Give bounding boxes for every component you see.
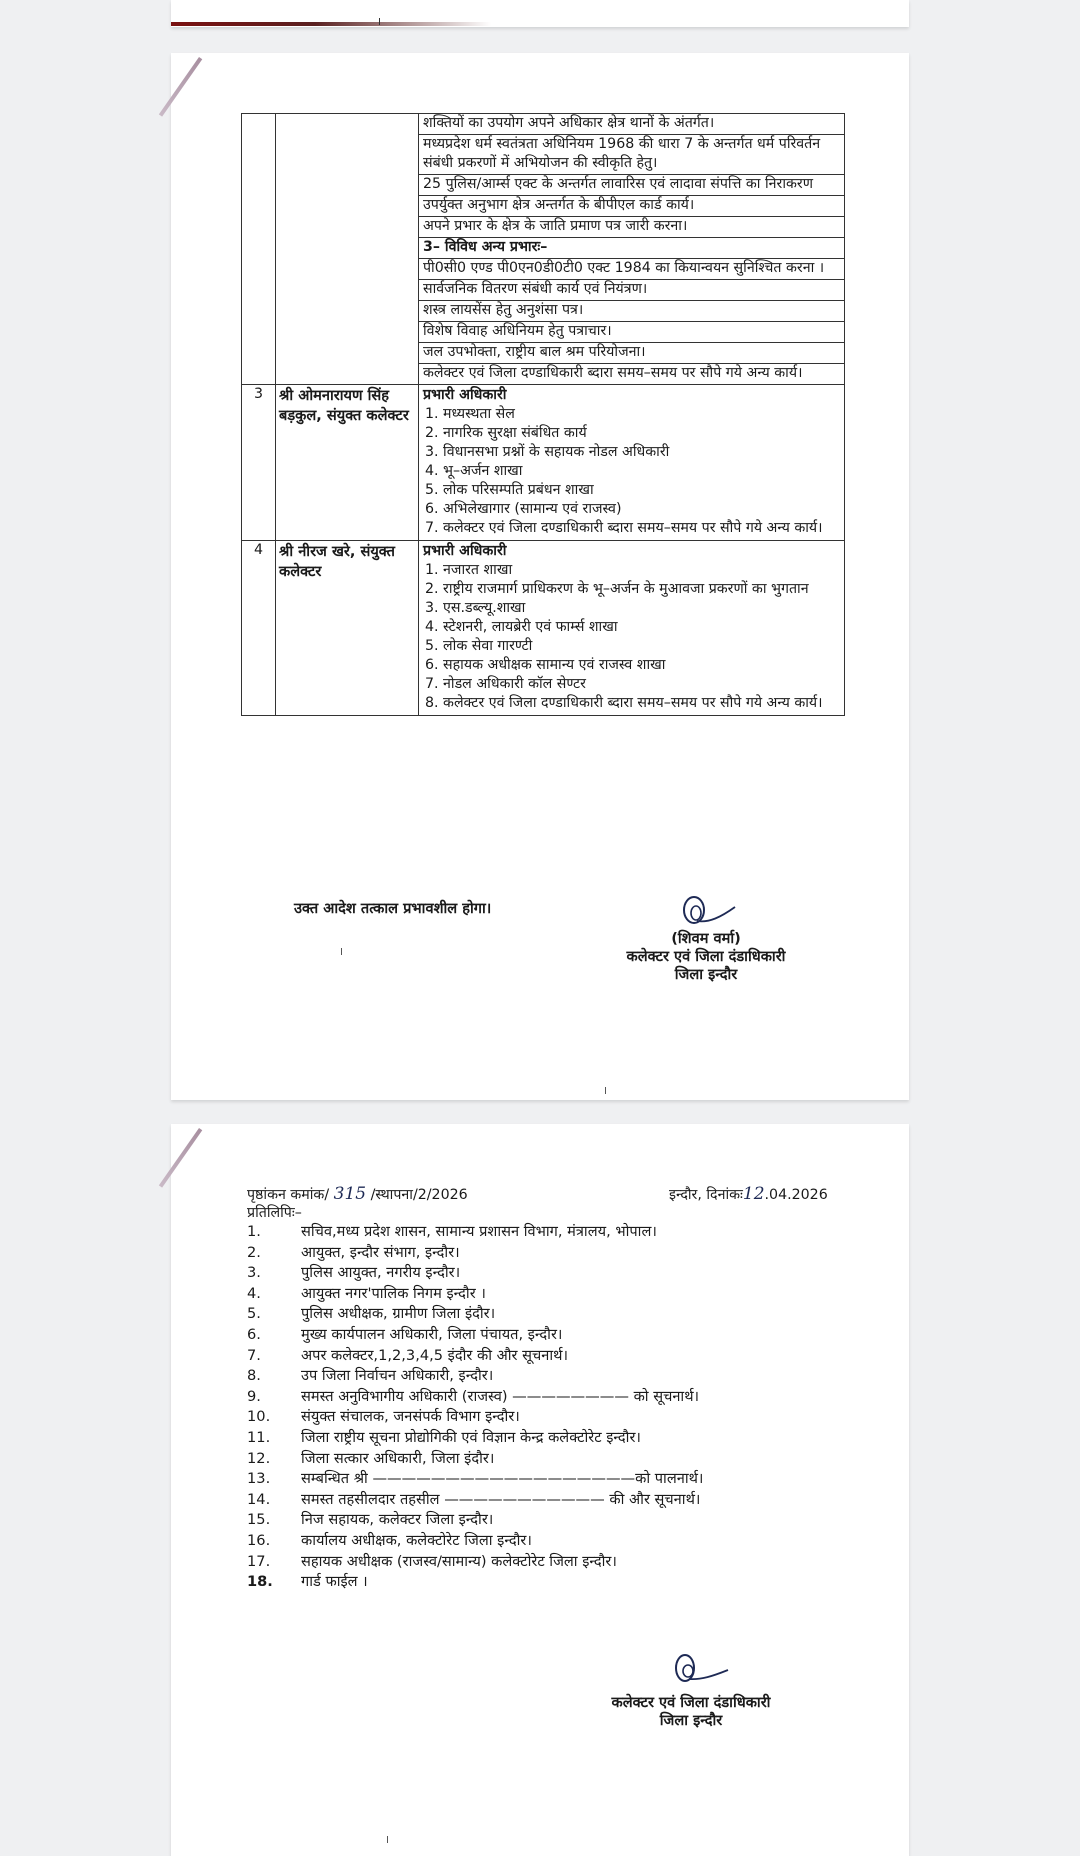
list-item: 10.संयुक्त संचालक, जनसंपर्क विभाग इन्दौर… xyxy=(247,1407,703,1428)
duties-cell: शक्तियों का उपयोग अपने अधिकार क्षेत्र था… xyxy=(419,114,845,385)
duty-item: 5. लोक परिसम्पति प्रबंधन शाखा xyxy=(419,481,844,500)
list-number: 12. xyxy=(247,1449,301,1470)
duty-item: 3. विधानसभा प्रश्नों के सहायक नोडल अधिका… xyxy=(419,443,844,462)
signatory-block: (शिवम वर्मा) कलेक्टर एवं जिला दंडाधिकारी… xyxy=(576,930,836,984)
duty-item: 5. लोक सेवा गारण्टी xyxy=(419,637,844,656)
list-item: 11.जिला राष्ट्रीय सूचना प्रोद्योगिकी एवं… xyxy=(247,1428,703,1449)
list-number: 9. xyxy=(247,1387,301,1408)
duty-item: 4. स्टेशनरी, लायब्रेरी एवं फार्म्स शाखा xyxy=(419,618,844,637)
duty-item: 6. अभिलेखागार (सामान्य एवं राजस्व) xyxy=(419,500,844,519)
duty-item: अपने प्रभार के क्षेत्र के जाति प्रमाण पत… xyxy=(419,217,844,238)
signatory-block-copy: कलेक्टर एवं जिला दंडाधिकारी जिला इन्दौर xyxy=(561,1694,821,1730)
list-text: जिला राष्ट्रीय सूचना प्रोद्योगिकी एवं वि… xyxy=(301,1428,641,1449)
list-number: 11. xyxy=(247,1428,301,1449)
list-text: समस्त अनुविभागीय अधिकारी (राजस्व) ——————… xyxy=(301,1387,699,1408)
list-item: 17.सहायक अधीक्षक (राजस्व/सामान्य) कलेक्ट… xyxy=(247,1552,703,1573)
table-row: शक्तियों का उपयोग अपने अधिकार क्षेत्र था… xyxy=(242,114,845,385)
scan-mark xyxy=(379,18,380,25)
duty-item: विशेष विवाह अधिनियम हेतु पत्राचार। xyxy=(419,322,844,343)
list-item: 16.कार्यालय अधीक्षक, कलेक्टोरेट जिला इन्… xyxy=(247,1531,703,1552)
officer-cell: श्री ओमनारायण सिंह बड़कुल, संयुक्त कलेक्… xyxy=(276,385,419,541)
date-suffix: .04.2026 xyxy=(765,1187,828,1203)
duty-heading: प्रभारी अधिकारी xyxy=(419,385,844,405)
reference-line: पृष्ठांकन कमांक/ 315 /स्थापना/2/2026 इन्… xyxy=(247,1184,847,1204)
duty-item: 1. नजारत शाखा xyxy=(419,561,844,580)
document-page-1: शक्तियों का उपयोग अपने अधिकार क्षेत्र था… xyxy=(171,53,909,1100)
list-text: पुलिस अधीक्षक, ग्रामीण जिला इंदौर। xyxy=(301,1304,495,1325)
sno-cell xyxy=(242,114,276,385)
list-number: 7. xyxy=(247,1346,301,1367)
duty-allocation-table: शक्तियों का उपयोग अपने अधिकार क्षेत्र था… xyxy=(241,113,845,716)
list-text: आयुक्त, इन्दौर संभाग, इन्दौर। xyxy=(301,1243,460,1264)
signatory-district: जिला इन्दौर xyxy=(576,966,836,984)
duty-item: 7. कलेक्टर एवं जिला दण्डाधिकारी ब्दारा स… xyxy=(419,519,844,538)
duty-item: 6. सहायक अधीक्षक सामान्य एवं राजस्व शाखा xyxy=(419,656,844,675)
list-item: 15.निज सहायक, कलेक्टर जिला इन्दौर। xyxy=(247,1510,703,1531)
list-number: 4. xyxy=(247,1284,301,1305)
copy-heading: प्रतिलिपिः– xyxy=(247,1203,302,1222)
list-item: 7.अपर कलेक्टर,1,2,3,4,5 इंदौर की और सूचन… xyxy=(247,1346,703,1367)
list-number: 2. xyxy=(247,1243,301,1264)
list-number: 14. xyxy=(247,1490,301,1511)
ref-suffix: /स्थापना/2/2026 xyxy=(371,1187,468,1203)
duty-item: 2. राष्ट्रीय राजमार्ग प्राधिकरण के भू–अर… xyxy=(419,580,844,599)
signatory-designation: कलेक्टर एवं जिला दंडाधिकारी xyxy=(561,1694,821,1712)
ref-prefix: पृष्ठांकन कमांक/ xyxy=(247,1187,329,1203)
sno-cell: 3 xyxy=(242,385,276,541)
duty-item: उपर्युक्त अनुभाग क्षेत्र अन्तर्गत के बीप… xyxy=(419,196,844,217)
list-item: 14.समस्त तहसीलदार तहसील ——————————— की औ… xyxy=(247,1490,703,1511)
list-text: सहायक अधीक्षक (राजस्व/सामान्य) कलेक्टोरे… xyxy=(301,1552,617,1573)
duty-item: 3– विविध अन्य प्रभारः– xyxy=(419,238,844,259)
table-row: 3श्री ओमनारायण सिंह बड़कुल, संयुक्त कलेक… xyxy=(242,385,845,541)
duty-item: जल उपभोक्ता, राष्ट्रीय बाल श्रम परियोजना… xyxy=(419,343,844,364)
page-fold-mark xyxy=(159,1128,202,1188)
list-number: 1. xyxy=(247,1222,301,1243)
list-number: 18. xyxy=(247,1572,301,1593)
list-text: जिला सत्कार अधिकारी, जिला इंदौर। xyxy=(301,1449,494,1470)
page-fold-mark xyxy=(159,57,202,117)
list-text: सम्बन्धित श्री ——————————————————को पालन… xyxy=(301,1469,703,1490)
duty-item: शस्त्र लायसेंस हेतु अनुशंसा पत्र। xyxy=(419,301,844,322)
document-page-2: पृष्ठांकन कमांक/ 315 /स्थापना/2/2026 इन्… xyxy=(171,1124,909,1856)
signatory-designation: कलेक्टर एवं जिला दंडाधिकारी xyxy=(576,948,836,966)
list-number: 17. xyxy=(247,1552,301,1573)
duty-item: 1. मध्यस्थता सेल xyxy=(419,405,844,424)
list-text: कार्यालय अधीक्षक, कलेक्टोरेट जिला इन्दौर… xyxy=(301,1531,532,1552)
list-item: 5.पुलिस अधीक्षक, ग्रामीण जिला इंदौर। xyxy=(247,1304,703,1325)
duty-item: 4. भू–अर्जन शाखा xyxy=(419,462,844,481)
date-line: इन्दौर, दिनांकः12.04.2026 xyxy=(669,1184,828,1204)
list-item: 2.आयुक्त, इन्दौर संभाग, इन्दौर। xyxy=(247,1243,703,1264)
list-number: 3. xyxy=(247,1263,301,1284)
ref-number: 315 xyxy=(334,1184,366,1204)
signature-icon xyxy=(679,893,739,931)
duty-item: 25 पुलिस/आर्म्स एक्ट के अन्तर्गत लावारिस… xyxy=(419,175,844,196)
duty-item: पी0सी0 एण्ड पी0एन0डी0टी0 एक्ट 1984 का कि… xyxy=(419,259,844,280)
list-text: अपर कलेक्टर,1,2,3,4,5 इंदौर की और सूचनार… xyxy=(301,1346,568,1367)
duty-item: 2. नागरिक सुरक्षा संबंधित कार्य xyxy=(419,424,844,443)
table-row: 4श्री नीरज खरे, संयुक्त कलेक्टरप्रभारी अ… xyxy=(242,541,845,716)
duty-item: 8. कलेक्टर एवं जिला दण्डाधिकारी ब्दारा स… xyxy=(419,694,844,713)
duty-heading: प्रभारी अधिकारी xyxy=(419,541,844,561)
duty-item: 7. नोडल अधिकारी कॉल सेण्टर xyxy=(419,675,844,694)
list-item: 4.आयुक्त नगर'पालिक निगम इन्दौर । xyxy=(247,1284,703,1305)
copy-distribution-list: 1.सचिव,मध्य प्रदेश शासन, सामान्य प्रशासन… xyxy=(247,1222,703,1593)
date-day: 12 xyxy=(743,1184,765,1204)
list-item: 13.सम्बन्धित श्री ——————————————————को प… xyxy=(247,1469,703,1490)
list-number: 15. xyxy=(247,1510,301,1531)
list-item: 3.पुलिस आयुक्त, नगरीय इन्दौर। xyxy=(247,1263,703,1284)
date-prefix: इन्दौर, दिनांकः xyxy=(669,1187,743,1203)
list-item: 1.सचिव,मध्य प्रदेश शासन, सामान्य प्रशासन… xyxy=(247,1222,703,1243)
list-text: समस्त तहसीलदार तहसील ——————————— की और स… xyxy=(301,1490,700,1511)
duties-cell: प्रभारी अधिकारी1. मध्यस्थता सेल2. नागरिक… xyxy=(419,385,845,541)
signatory-name: (शिवम वर्मा) xyxy=(576,930,836,948)
list-item: 12.जिला सत्कार अधिकारी, जिला इंदौर। xyxy=(247,1449,703,1470)
list-number: 13. xyxy=(247,1469,301,1490)
duty-item: सार्वजनिक वितरण संबंधी कार्य एवं नियंत्र… xyxy=(419,280,844,301)
list-number: 16. xyxy=(247,1531,301,1552)
list-item: 9.समस्त अनुविभागीय अधिकारी (राजस्व) ————… xyxy=(247,1387,703,1408)
list-number: 6. xyxy=(247,1325,301,1346)
list-text: पुलिस आयुक्त, नगरीय इन्दौर। xyxy=(301,1263,460,1284)
scan-mark xyxy=(387,1836,388,1843)
list-text: संयुक्त संचालक, जनसंपर्क विभाग इन्दौर। xyxy=(301,1407,520,1428)
previous-page-fragment xyxy=(171,0,909,27)
duty-item: कलेक्टर एवं जिला दण्डाधिकारी ब्दारा समय–… xyxy=(419,364,844,384)
duty-item: 3. एस.डब्ल्यू.शाखा xyxy=(419,599,844,618)
list-number: 5. xyxy=(247,1304,301,1325)
list-number: 10. xyxy=(247,1407,301,1428)
list-text: उप जिला निर्वाचन अधिकारी, इन्दौर। xyxy=(301,1366,493,1387)
letterhead-rule xyxy=(171,22,491,26)
duties-cell: प्रभारी अधिकारी1. नजारत शाखा2. राष्ट्रीय… xyxy=(419,541,845,716)
officer-cell xyxy=(276,114,419,385)
signature-icon xyxy=(673,1652,733,1688)
list-text: सचिव,मध्य प्रदेश शासन, सामान्य प्रशासन व… xyxy=(301,1222,657,1243)
list-text: गार्ड फाईल । xyxy=(301,1572,368,1593)
officer-cell: श्री नीरज खरे, संयुक्त कलेक्टर xyxy=(276,541,419,716)
duty-item: मध्यप्रदेश धर्म स्वतंत्रता अधिनियम 1968 … xyxy=(419,135,844,175)
list-text: मुख्य कार्यपालन अधिकारी, जिला पंचायत, इन… xyxy=(301,1325,562,1346)
list-item: 6.मुख्य कार्यपालन अधिकारी, जिला पंचायत, … xyxy=(247,1325,703,1346)
signatory-district: जिला इन्दौर xyxy=(561,1712,821,1730)
list-item: 18.गार्ड फाईल । xyxy=(247,1572,703,1593)
sno-cell: 4 xyxy=(242,541,276,716)
scan-mark xyxy=(605,1087,606,1094)
duty-item: शक्तियों का उपयोग अपने अधिकार क्षेत्र था… xyxy=(419,114,844,135)
list-text: निज सहायक, कलेक्टर जिला इन्दौर। xyxy=(301,1510,493,1531)
list-item: 8.उप जिला निर्वाचन अधिकारी, इन्दौर। xyxy=(247,1366,703,1387)
effect-note: उक्त आदेश तत्काल प्रभावशील होगा। xyxy=(294,898,491,918)
scan-mark xyxy=(341,948,342,955)
list-number: 8. xyxy=(247,1366,301,1387)
list-text: आयुक्त नगर'पालिक निगम इन्दौर । xyxy=(301,1284,486,1305)
